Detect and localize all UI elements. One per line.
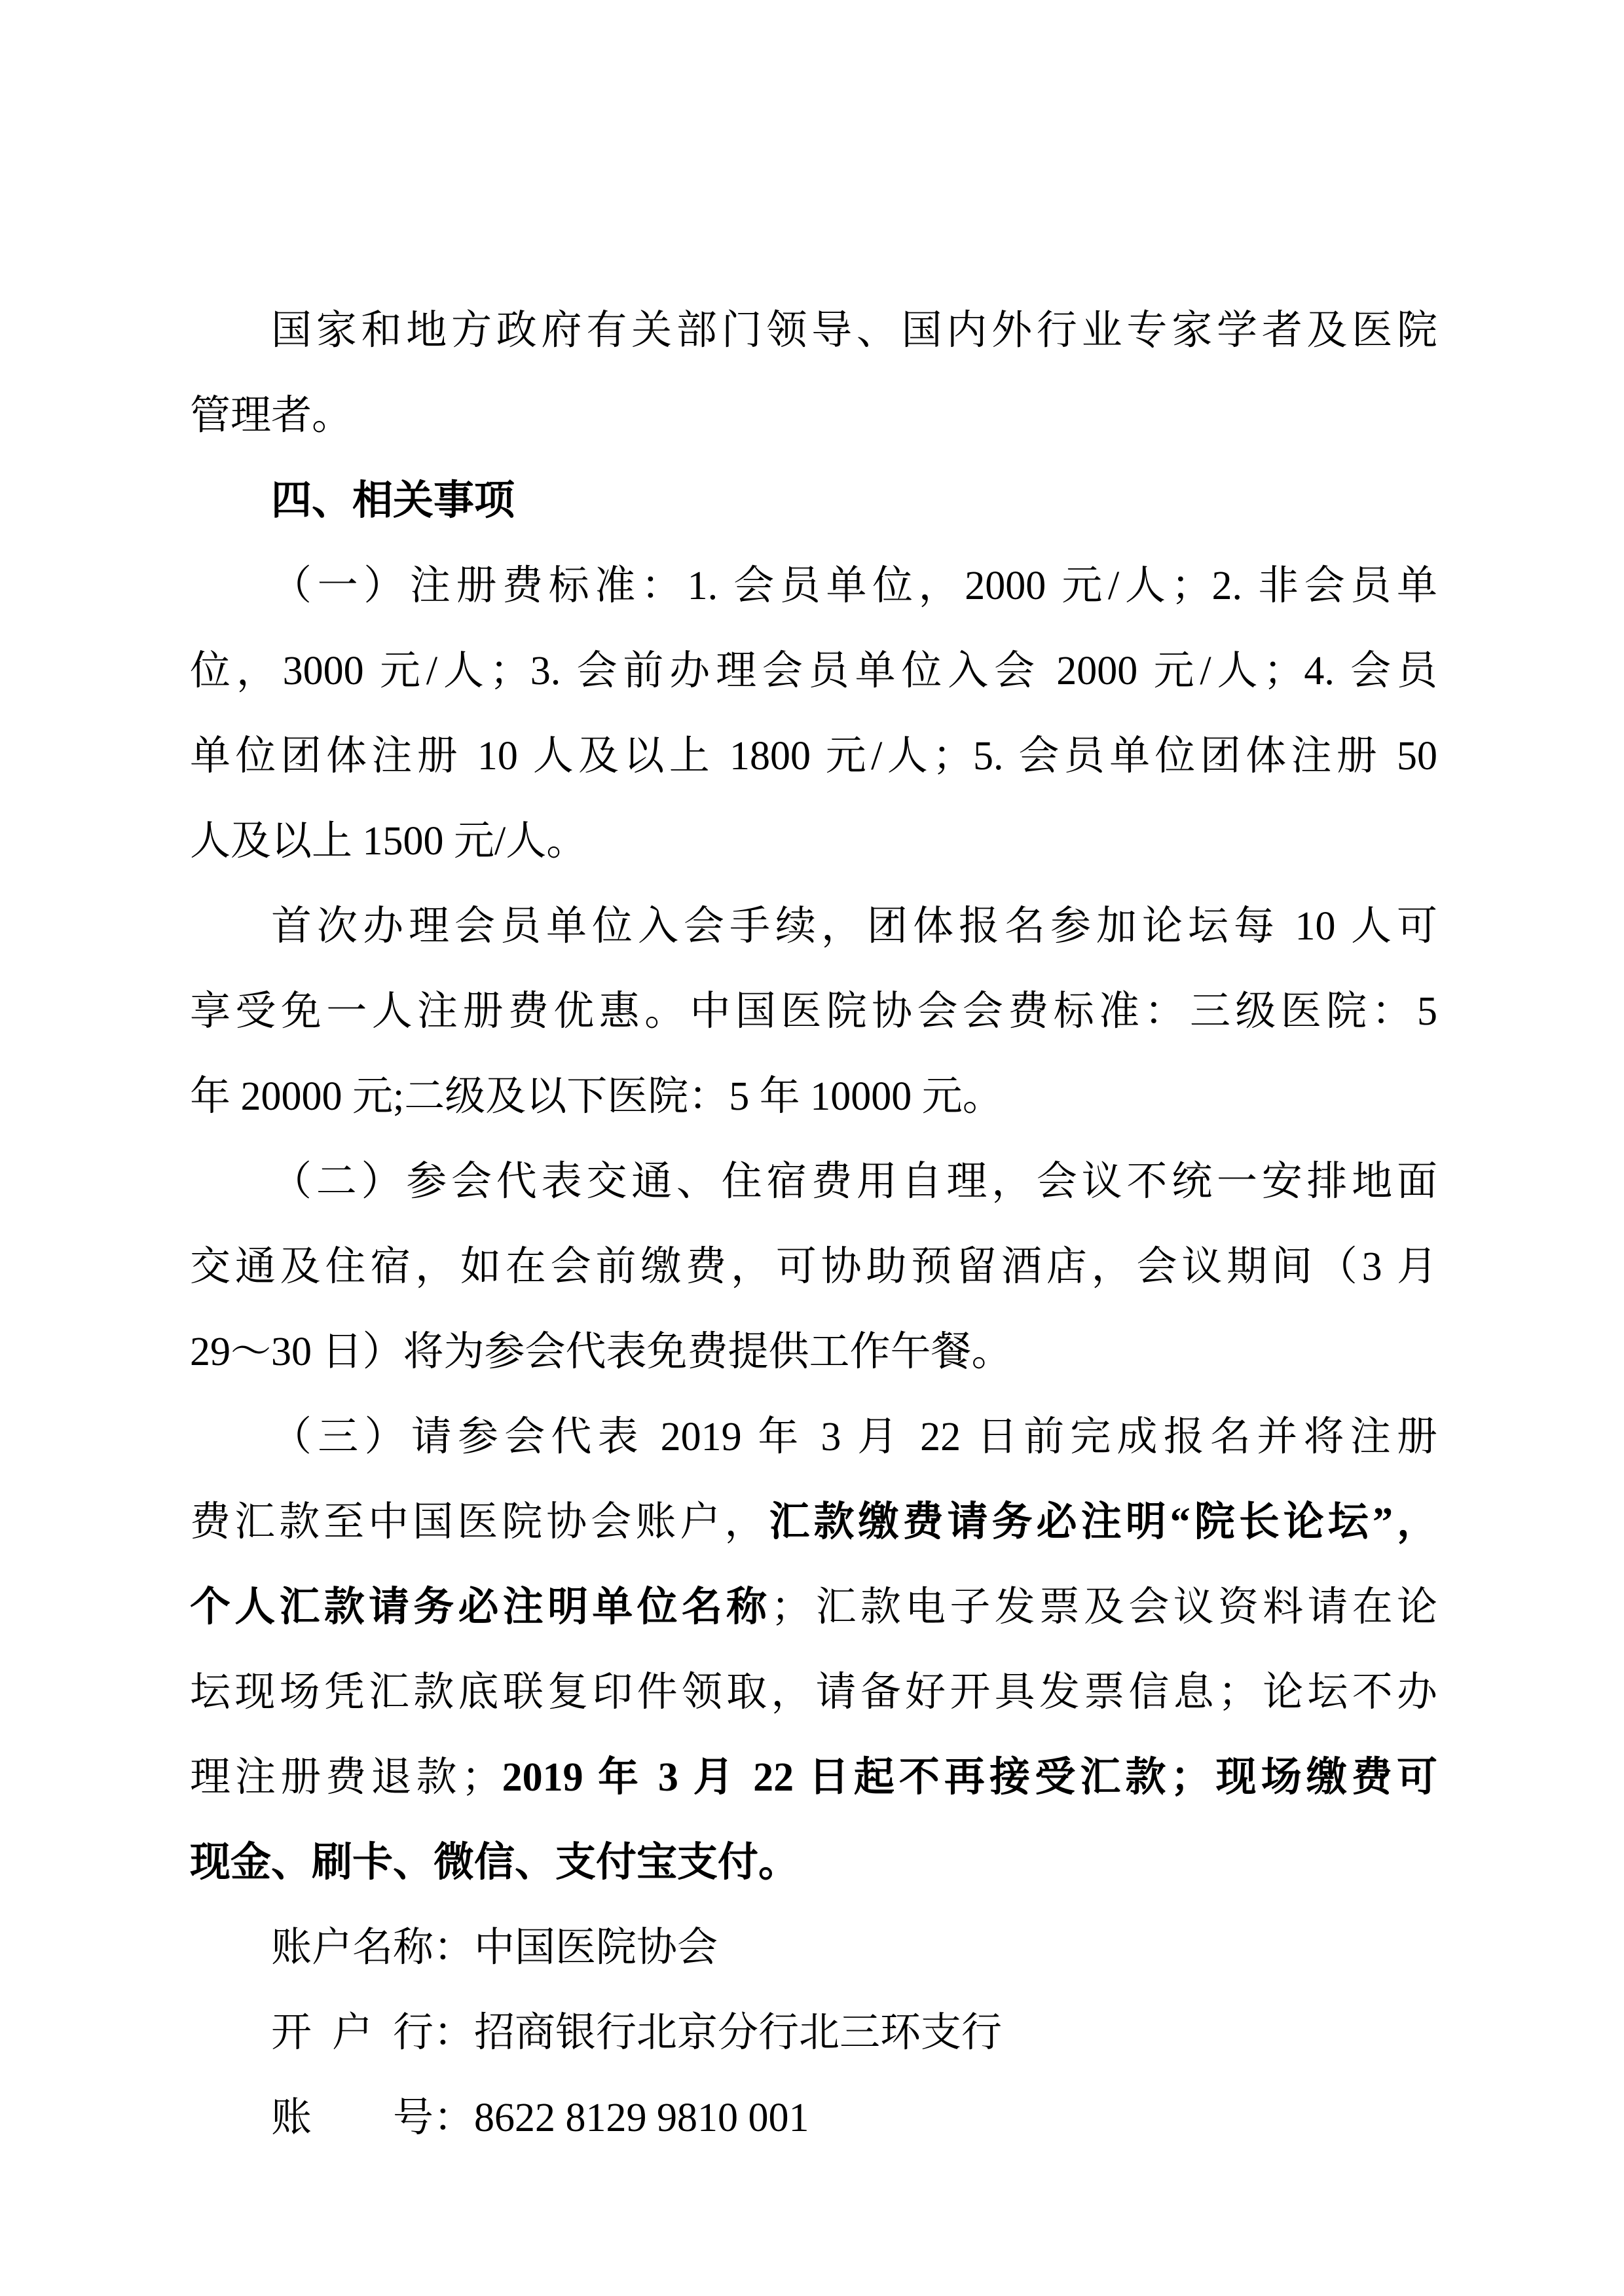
text-line: 单位团体注册 10 人及以上 1800 元/人；5. 会员单位团体注册 50 [190, 714, 1437, 799]
document-body: 国家和地方政府有关部门领导、国内外行业专家学者及医院 管理者。 四、相关事项 （… [190, 288, 1437, 2160]
line-text: ；汇款电子发票及会议资料请在论 [771, 1585, 1437, 1630]
text-line: 理注册费退款；2019 年 3 月 22 日起不再接受汇款；现场缴费可 [190, 1735, 1437, 1820]
text-line: 国家和地方政府有关部门领导、国内外行业专家学者及医院 [190, 288, 1437, 373]
account-number-label: 账号 [271, 2075, 434, 2160]
line-text: 年 20000 元;二级及以下医院：5 年 10000 元。 [190, 1074, 1003, 1119]
line-text: 理注册费退款； [190, 1755, 502, 1800]
line-text: 29～30 日）将为参会代表免费提供工作午餐。 [190, 1330, 1012, 1374]
account-number-value: 8622 8129 9810 001 [474, 2096, 809, 2140]
account-name-label: 账户名称 [271, 1905, 434, 1990]
document-page: 国家和地方政府有关部门领导、国内外行业专家学者及医院 管理者。 四、相关事项 （… [0, 0, 1624, 2296]
emphasis-text: 2019 年 3 月 22 日起不再接受汇款；现场缴费可 [502, 1755, 1437, 1800]
line-text: （三）请参会代表 2019 年 3 月 22 日前完成报名并将注册 [271, 1415, 1437, 1459]
text-line: 享受免一人注册费优惠。中国医院协会会费标准：三级医院：5 [190, 969, 1437, 1054]
text-line: 坛现场凭汇款底联复印件领取，请备好开具发票信息；论坛不办 [190, 1650, 1437, 1735]
bank-label: 开户行 [271, 1990, 434, 2075]
text-line: 交通及住宿，如在会前缴费，可协助预留酒店，会议期间（3 月 [190, 1224, 1437, 1309]
text-line: （三）请参会代表 2019 年 3 月 22 日前完成报名并将注册 [190, 1394, 1437, 1480]
account-name-line: 账户名称：中国医院协会 [190, 1905, 1437, 1990]
text-line: （二）参会代表交通、住宿费用自理，会议不统一安排地面 [190, 1139, 1437, 1224]
account-number-line: 账号：8622 8129 9810 001 [190, 2075, 1437, 2160]
line-text: 位，3000 元/人；3. 会前办理会员单位入会 2000 元/人；4. 会员 [190, 649, 1437, 693]
line-text: 坛现场凭汇款底联复印件领取，请备好开具发票信息；论坛不办 [190, 1670, 1437, 1715]
emphasis-text: 个人汇款请务必注明单位名称 [190, 1585, 771, 1630]
text-line: 现金、刷卡、微信、支付宝支付。 [190, 1820, 1437, 1905]
line-text: （二）参会代表交通、住宿费用自理，会议不统一安排地面 [271, 1159, 1437, 1204]
line-text: （一）注册费标准：1. 会员单位，2000 元/人；2. 非会员单 [271, 564, 1437, 608]
line-text: 交通及住宿，如在会前缴费，可协助预留酒店，会议期间（3 月 [190, 1245, 1437, 1289]
colon: ： [434, 2096, 474, 2140]
text-line: 年 20000 元;二级及以下医院：5 年 10000 元。 [190, 1054, 1437, 1139]
line-text: 人及以上 1500 元/人。 [190, 819, 587, 864]
text-line: （一）注册费标准：1. 会员单位，2000 元/人；2. 非会员单 [190, 543, 1437, 629]
text-line: 人及以上 1500 元/人。 [190, 799, 1437, 884]
colon: ： [434, 2011, 474, 2055]
heading-text: 四、相关事项 [271, 479, 515, 523]
account-name-value: 中国医院协会 [474, 1925, 718, 1970]
line-text: 首次办理会员单位入会手续，团体报名参加论坛每 10 人可 [271, 904, 1437, 949]
bank-value: 招商银行北京分行北三环支行 [474, 2011, 1002, 2055]
emphasis-text: 汇款缴费请务必注明“院长论坛”， [769, 1500, 1437, 1544]
bank-line: 开户行：招商银行北京分行北三环支行 [190, 1990, 1437, 2075]
text-line: 29～30 日）将为参会代表免费提供工作午餐。 [190, 1309, 1437, 1394]
emphasis-text: 现金、刷卡、微信、支付宝支付。 [190, 1840, 799, 1885]
section-heading: 四、相关事项 [190, 458, 1437, 543]
text-line: 首次办理会员单位入会手续，团体报名参加论坛每 10 人可 [190, 884, 1437, 969]
text-line: 位，3000 元/人；3. 会前办理会员单位入会 2000 元/人；4. 会员 [190, 629, 1437, 714]
line-text: 管理者。 [190, 393, 352, 438]
line-text: 享受免一人注册费优惠。中国医院协会会费标准：三级医院：5 [190, 989, 1437, 1034]
line-text: 单位团体注册 10 人及以上 1800 元/人；5. 会员单位团体注册 50 [190, 734, 1437, 778]
line-text: 费汇款至中国医院协会账户， [190, 1500, 769, 1544]
line-text: 国家和地方政府有关部门领导、国内外行业专家学者及医院 [271, 308, 1437, 353]
text-line: 管理者。 [190, 373, 1437, 458]
text-line: 费汇款至中国医院协会账户，汇款缴费请务必注明“院长论坛”， [190, 1480, 1437, 1565]
text-line: 个人汇款请务必注明单位名称；汇款电子发票及会议资料请在论 [190, 1565, 1437, 1650]
colon: ： [434, 1925, 474, 1970]
